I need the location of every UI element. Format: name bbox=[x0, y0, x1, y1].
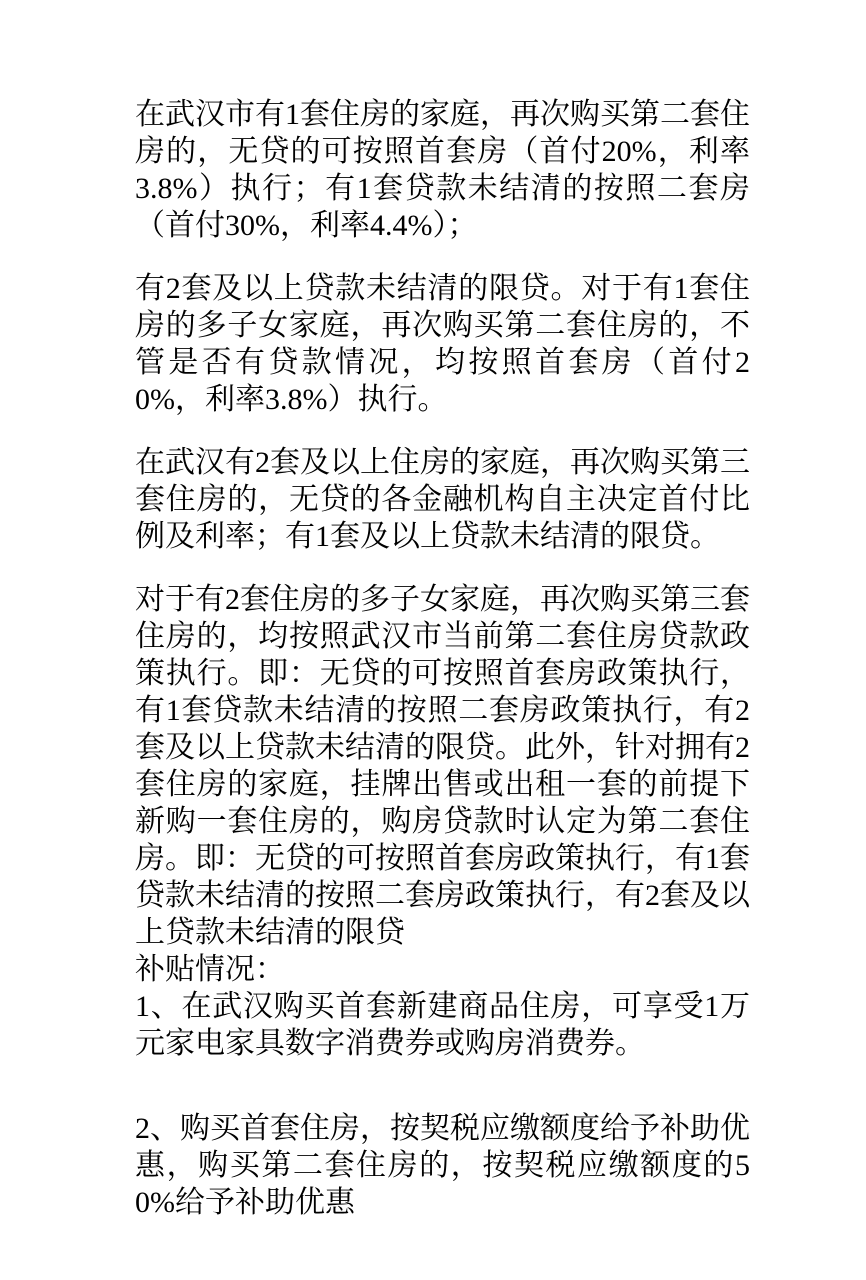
subsidy-item-2: 2、购买首套住房，按契税应缴额度给予补助优惠，购买第二套住房的，按契税应缴额度的… bbox=[135, 1110, 750, 1221]
subsidy-section-heading: 补贴情况： bbox=[135, 951, 750, 988]
document-page: { "page": { "background_color": "#ffffff… bbox=[0, 0, 866, 1280]
subsidy-item-1: 1、在武汉购买首套新建商品住房，可享受1万元家电家具数字消费券或购房消费券。 bbox=[135, 988, 750, 1062]
paragraph-second-home-loan-policy: 在武汉市有1套住房的家庭，再次购买第二套住房的，无贷的可按照首套房（首付20%，… bbox=[135, 96, 750, 244]
policy-document: 在武汉市有1套住房的家庭，再次购买第二套住房的，无贷的可按照首套房（首付20%，… bbox=[0, 0, 866, 1221]
paragraph-multichild-family-third-home-policy: 对于有2套住房的多子女家庭，再次购买第三套住房的，均按照武汉市当前第二套住房贷款… bbox=[135, 581, 750, 951]
paragraph-multichild-family-second-home-policy: 有2套及以上贷款未结清的限贷。对于有1套住房的多子女家庭，再次购买第二套住房的，… bbox=[135, 270, 750, 418]
paragraph-third-home-loan-policy: 在武汉有2套及以上住房的家庭，再次购买第三套住房的，无贷的各金融机构自主决定首付… bbox=[135, 444, 750, 555]
